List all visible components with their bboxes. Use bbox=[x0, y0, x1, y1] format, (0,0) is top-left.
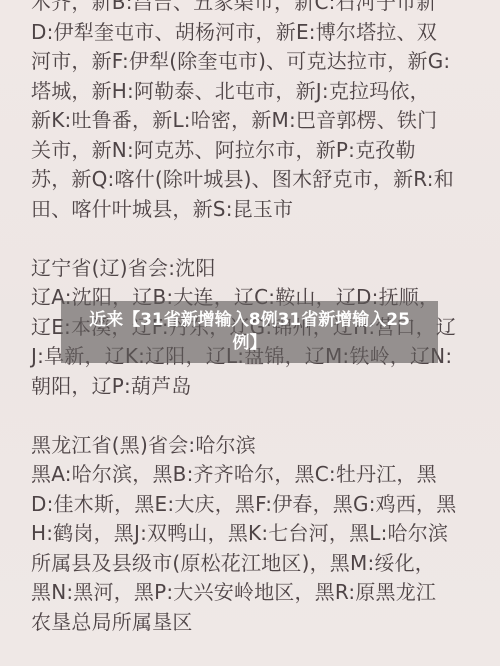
caption-title: 近来【31省新增输入8例31省新增输入25例】 bbox=[80, 309, 420, 355]
section-gap bbox=[31, 401, 471, 431]
xinjiang-section: 木齐，新B:昌吉、五家渠市，新C:石河子市新 D:伊犁奎屯市、胡杨河市，新E:博… bbox=[31, 0, 471, 224]
document-page: 木齐，新B:昌吉、五家渠市，新C:石河子市新 D:伊犁奎屯市、胡杨河市，新E:博… bbox=[0, 0, 500, 666]
text-line: D:伊犁奎屯市、胡杨河市，新E:博尔塔拉、双 bbox=[31, 18, 471, 48]
text-line: 田、喀什叶城县，新S:昆玉市 bbox=[31, 195, 471, 225]
heilongjiang-section: 黑龙江省(黑)省会:哈尔滨 黑A:哈尔滨，黑B:齐齐哈尔，黑C:牡丹江，黑 D:… bbox=[31, 431, 471, 638]
text-line: 木齐，新B:昌吉、五家渠市，新C:石河子市新 bbox=[31, 0, 471, 18]
section-gap bbox=[31, 224, 471, 254]
text-line: 河市，新F:伊犁(除奎屯市)、可克达拉市，新G: bbox=[31, 47, 471, 77]
text-line: 关市，新N:阿克苏、阿拉尔市，新P:克孜勒 bbox=[31, 136, 471, 166]
caption-overlay: 近来【31省新增输入8例31省新增输入25例】 bbox=[61, 301, 438, 363]
section-heading: 黑龙江省(黑)省会:哈尔滨 bbox=[31, 431, 471, 461]
text-line: 所属县及县级市(原松花江地区)，黑M:绥化， bbox=[31, 549, 471, 579]
section-heading: 辽宁省(辽)省会:沈阳 bbox=[31, 254, 471, 284]
text-line: D:佳木斯，黑E:大庆，黑F:伊春，黑G:鸡西，黑 bbox=[31, 490, 471, 520]
text-line: 苏，新Q:喀什(除叶城县)、图木舒克市，新R:和 bbox=[31, 165, 471, 195]
text-line: 朝阳，辽P:葫芦岛 bbox=[31, 372, 471, 402]
text-line: 新K:吐鲁番，新L:哈密，新M:巴音郭楞、铁门 bbox=[31, 106, 471, 136]
text-line: 塔城，新H:阿勒泰、北屯市，新J:克拉玛依， bbox=[31, 77, 471, 107]
text-line: 农垦总局所属垦区 bbox=[31, 608, 471, 638]
text-line: 黑A:哈尔滨，黑B:齐齐哈尔，黑C:牡丹江，黑 bbox=[31, 460, 471, 490]
text-line: H:鹤岗，黑J:双鸭山，黑K:七台河，黑L:哈尔滨 bbox=[31, 519, 471, 549]
text-line: 黑N:黑河，黑P:大兴安岭地区，黑R:原黑龙江 bbox=[31, 578, 471, 608]
